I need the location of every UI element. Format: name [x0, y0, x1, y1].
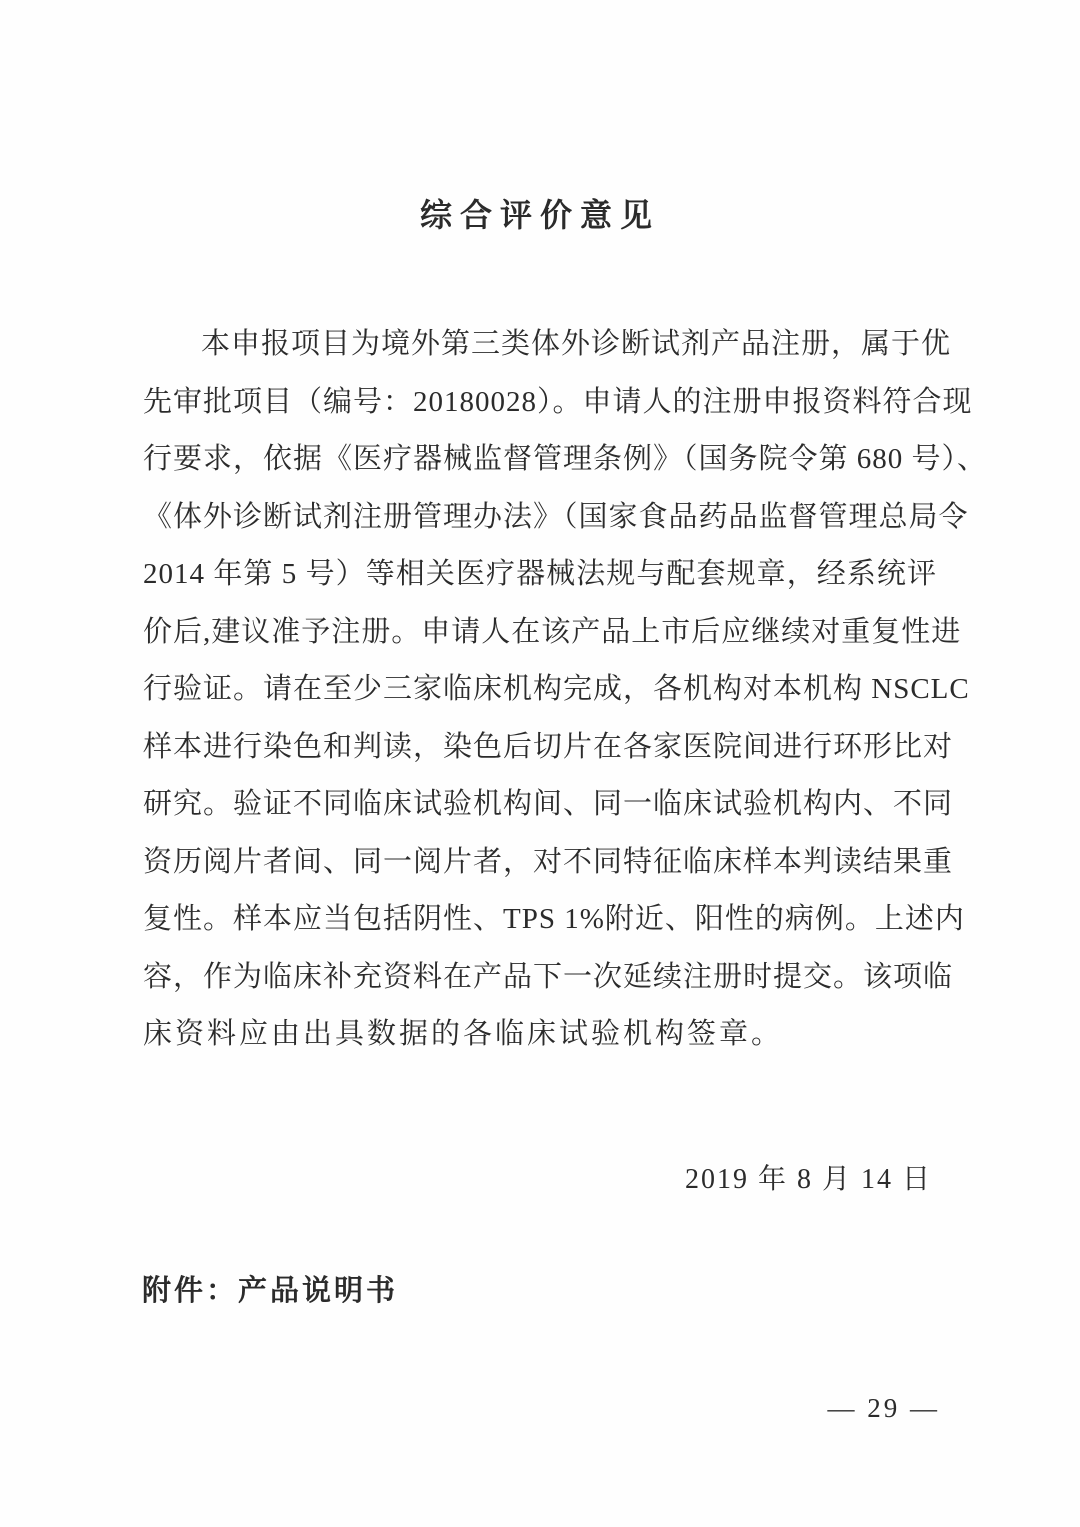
body-line: 行验证。请在至少三家临床机构完成，各机构对本机构 NSCLC [143, 661, 937, 719]
page-title: 综合评价意见 [0, 193, 1080, 237]
attachment-label: 附件：产品说明书 [142, 1270, 398, 1312]
body-line: 先审批项目（编号：20180028）。申请人的注册申报资料符合现 [143, 374, 937, 432]
body-line: 行要求，依据《医疗器械监督管理条例》（国务院令第 680 号）、 [143, 431, 937, 489]
body-line: 《体外诊断试剂注册管理办法》（国家食品药品监督管理总局令 [143, 489, 937, 547]
body-line: 2014 年第 5 号）等相关医疗器械法规与配套规章，经系统评 [143, 546, 937, 604]
document-date: 2019 年 8 月 14 日 [685, 1160, 932, 1200]
body-line: 复性。样本应当包括阴性、TPS 1%附近、阳性的病例。上述内 [143, 891, 937, 949]
body-line: 样本进行染色和判读，染色后切片在各家医院间进行环形比对 [143, 719, 937, 777]
body-line: 价后,建议准予注册。申请人在该产品上市后应继续对重复性进 [143, 604, 937, 662]
body-line: 容，作为临床补充资料在产品下一次延续注册时提交。该项临 [143, 949, 937, 1007]
body-line: 本申报项目为境外第三类体外诊断试剂产品注册，属于优 [143, 316, 937, 374]
body-line: 资历阅片者间、同一阅片者，对不同特征临床样本判读结果重 [143, 834, 937, 892]
page-number: — 29 — [828, 1390, 941, 1426]
body-paragraph: 本申报项目为境外第三类体外诊断试剂产品注册，属于优 先审批项目（编号：20180… [143, 316, 937, 1064]
body-line: 床资料应由出具数据的各临床试验机构签章。 [143, 1006, 937, 1064]
body-line: 研究。验证不同临床试验机构间、同一临床试验机构内、不同 [143, 776, 937, 834]
document-page: 综合评价意见 本申报项目为境外第三类体外诊断试剂产品注册，属于优 先审批项目（编… [0, 0, 1080, 1527]
